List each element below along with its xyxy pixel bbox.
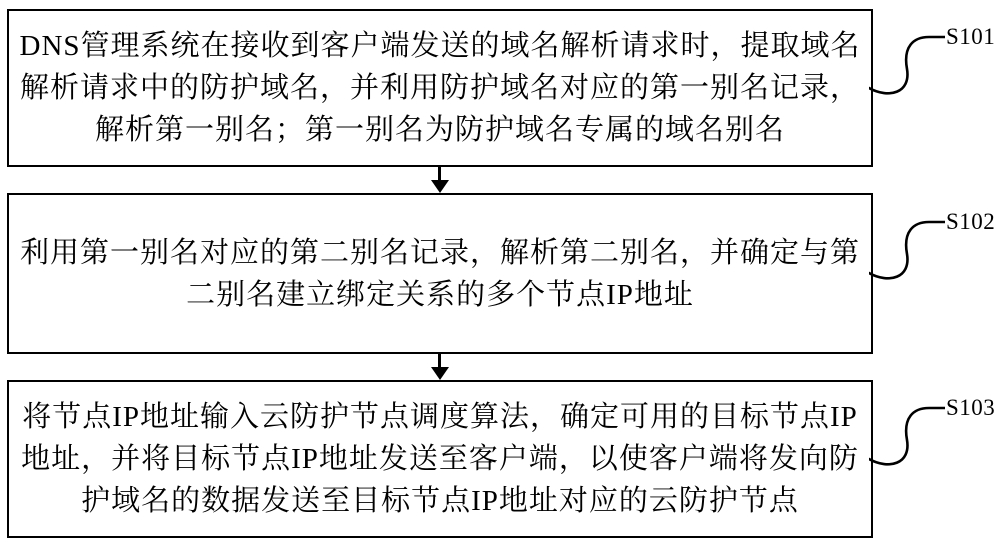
arrow-s101-to-s102-head-icon [431, 180, 449, 193]
step-s103-line-2: 地址，并将目标节点IP地址发送至客户端，以使客户端将发向防 [21, 438, 859, 480]
step-s103-line-3: 护域名的数据发送至目标节点IP地址对应的云防护节点 [81, 480, 799, 522]
step-label-s103: S103 [946, 395, 995, 421]
step-box-s102: 利用第一别名对应的第二别名记录，解析第二别名，并确定与第 二别名建立绑定关系的多… [7, 193, 873, 354]
step-label-s101: S101 [946, 24, 995, 50]
step-s103-line-1: 将节点IP地址输入云防护节点调度算法，确定可用的目标节点IP [22, 396, 858, 438]
arrow-s102-to-s103-head-icon [431, 367, 449, 380]
s103-reference-squiggle-icon [869, 402, 945, 466]
step-s102-line-2: 二别名建立绑定关系的多个节点IP地址 [186, 274, 694, 316]
s101-reference-squiggle-icon [869, 31, 945, 95]
flowchart-canvas: DNS管理系统在接收到客户端发送的域名解析请求时，提取域名 解析请求中的防护域名… [0, 0, 1000, 548]
step-s101-line-2: 解析请求中的防护域名，并利用防护域名对应的第一别名记录， [20, 67, 860, 109]
step-s101-line-3: 解析第一别名；第一别名为防护域名专属的域名别名 [95, 109, 785, 151]
s102-reference-squiggle-icon [869, 216, 945, 280]
step-box-s103: 将节点IP地址输入云防护节点调度算法，确定可用的目标节点IP 地址，并将目标节点… [7, 380, 873, 538]
step-box-s101: DNS管理系统在接收到客户端发送的域名解析请求时，提取域名 解析请求中的防护域名… [7, 9, 873, 167]
step-s102-line-1: 利用第一别名对应的第二别名记录，解析第二别名，并确定与第 [20, 232, 860, 274]
step-s101-line-1: DNS管理系统在接收到客户端发送的域名解析请求时，提取域名 [20, 25, 861, 67]
step-label-s102: S102 [946, 209, 995, 235]
